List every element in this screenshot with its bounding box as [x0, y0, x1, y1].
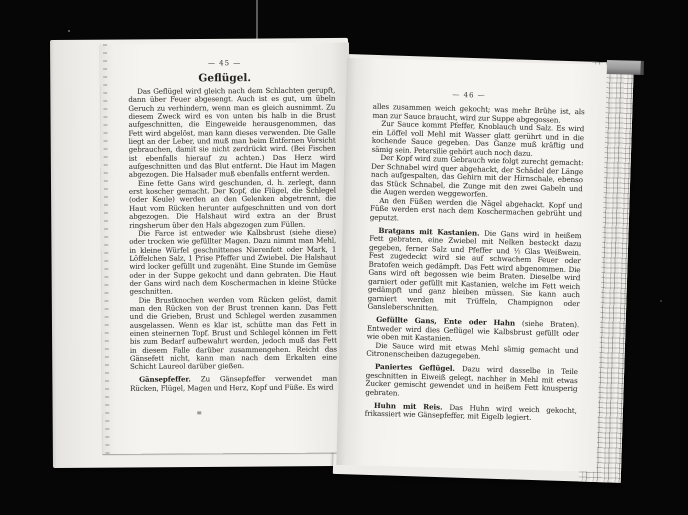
paragraph: Die Sauce wird mit etwas Mehl sämig gema… — [366, 341, 578, 364]
right-page-number: — 46 — — [346, 88, 592, 102]
printers-signature-mark — [197, 411, 201, 414]
paragraph: Die Brustknochen werden vom Rücken gelös… — [130, 295, 337, 371]
paragraph: Die Farce ist entweder wie Kalbsbrust (s… — [129, 228, 336, 296]
left-page-number: — 45 — — [100, 58, 349, 68]
chapter-title: Geflügel. — [100, 71, 349, 85]
paragraph: Der Kopf wird zum Gebrauch wie folgt zur… — [370, 154, 583, 202]
scan-artifact-line — [256, 0, 258, 42]
paragraph-lead: Gefüllte Gans, Ente oder Hahn — [376, 315, 522, 328]
paragraph: Eine fette Gans wird geschunden, d. h. z… — [129, 178, 336, 229]
paragraph-lead: Gänsepfeffer. — [139, 375, 201, 384]
paragraph: Gänsepfeffer. Zu Gänsepfeffer verwendet … — [130, 375, 337, 393]
left-page-paragraphs: Das Geflügel wird gleich nach dem Schlac… — [128, 87, 337, 393]
dust-speck — [68, 30, 70, 32]
left-page: — 45 — Geflügel. Das Geflügel wird gleic… — [100, 42, 351, 454]
paragraph-lead: Paniertes Geflügel. — [375, 362, 462, 373]
right-page-paragraphs: alles zusammen weich gekocht; was mehr B… — [365, 103, 585, 424]
paragraph-lead: Bratgans mit Kastanien. — [378, 225, 484, 237]
page-seam-speckle — [103, 44, 110, 454]
paragraph: Paniertes Geflügel. Dazu wird dasselbe i… — [365, 363, 578, 403]
paragraph: Bratgans mit Kastanien. Die Gans wird in… — [367, 226, 581, 317]
paragraph-lead: Huhn mit Reis. — [374, 400, 450, 411]
dust-speck — [660, 300, 662, 302]
paragraph: An den Füßen werden die Nägel abgehackt.… — [370, 196, 583, 227]
paragraph: Das Geflügel wird gleich nach dem Schlac… — [128, 87, 336, 180]
book-scan-viewer: — 45 — Geflügel. Das Geflügel wird gleic… — [0, 0, 688, 515]
paragraph: Huhn mit Reis. Das Huhn wird weich gekoc… — [365, 401, 577, 424]
book-clamp-tab — [607, 60, 644, 75]
right-page: — 46 — alles zusammen weich gekocht; was… — [336, 58, 607, 472]
